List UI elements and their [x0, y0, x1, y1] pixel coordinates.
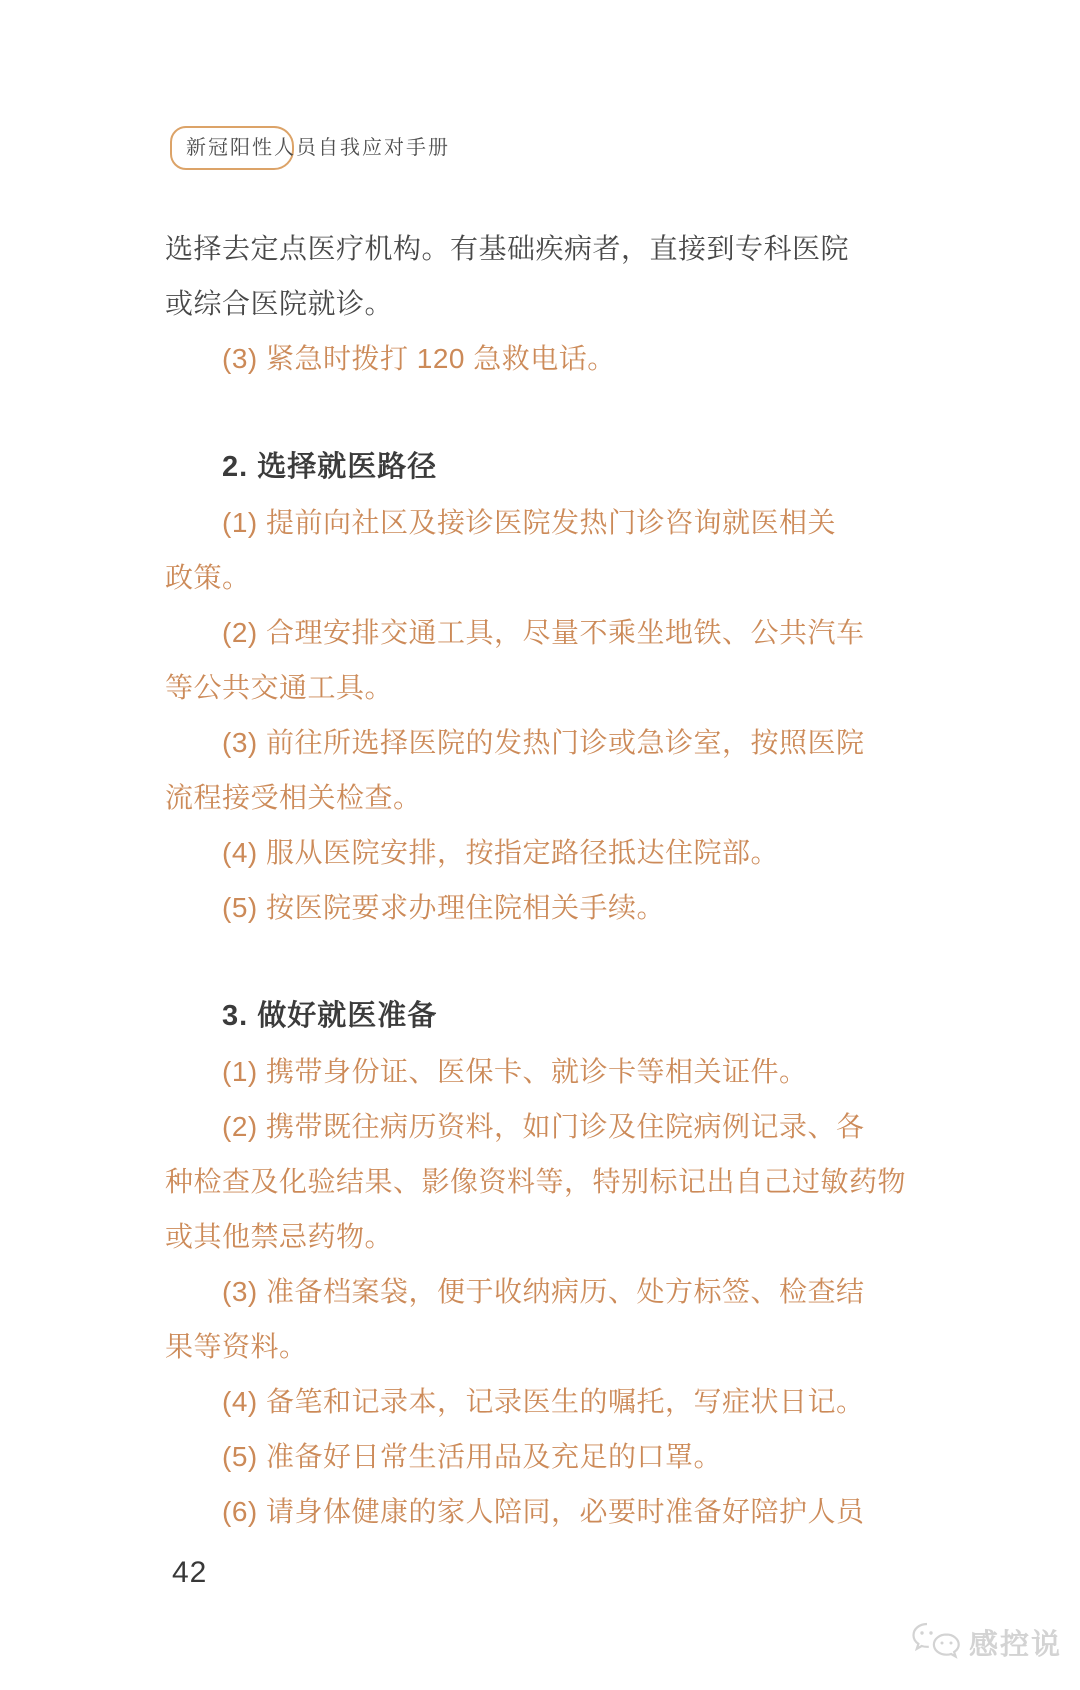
handbook-title: 新冠阳性人员自我应对手册	[170, 124, 450, 170]
text-line: 种检查及化验结果、影像资料等，特别标记出自己过敏药物	[165, 1154, 865, 1209]
text-line: 或综合医院就诊。	[165, 276, 865, 331]
list-item: (5) 按医院要求办理住院相关手续。	[165, 880, 865, 935]
list-item: (2) 合理安排交通工具，尽量不乘坐地铁、公共汽车	[165, 605, 865, 660]
watermark-label: 感控说	[969, 1622, 1062, 1663]
text-line: 果等资料。	[165, 1319, 865, 1374]
text-line: 选择去定点医疗机构。有基础疾病者，直接到专科医院	[165, 221, 865, 276]
list-item: (6) 请身体健康的家人陪同，必要时准备好陪护人员	[165, 1484, 865, 1539]
list-item: (3) 紧急时拨打 120 急救电话。	[165, 331, 865, 386]
list-item: (1) 携带身份证、医保卡、就诊卡等相关证件。	[165, 1044, 865, 1099]
list-item: (4) 备笔和记录本，记录医生的嘱托，写症状日记。	[165, 1374, 865, 1429]
list-item: (3) 前往所选择医院的发热门诊或急诊室，按照医院	[165, 715, 865, 770]
list-item: (3) 准备档案袋，便于收纳病历、处方标签、检查结	[165, 1264, 865, 1319]
list-item: (2) 携带既往病历资料，如门诊及住院病例记录、各	[165, 1099, 865, 1154]
section-heading: 3. 做好就医准备	[165, 989, 865, 1044]
wechat-chat-bubbles-icon	[911, 1620, 963, 1664]
text-line: 政策。	[165, 550, 865, 605]
text-line: 流程接受相关检查。	[165, 770, 865, 825]
handbook-page: 新冠阳性人员自我应对手册 选择去定点医疗机构。有基础疾病者，直接到专科医院 或综…	[0, 0, 1080, 1690]
list-item: (1) 提前向社区及接诊医院发热门诊咨询就医相关	[165, 495, 865, 550]
list-item: (5) 准备好日常生活用品及充足的口罩。	[165, 1429, 865, 1484]
list-item: (4) 服从医院安排，按指定路径抵达住院部。	[165, 825, 865, 880]
watermark: 感控说	[911, 1620, 1062, 1664]
text-line: 或其他禁忌药物。	[165, 1209, 865, 1264]
page-number: 42	[172, 1556, 207, 1590]
page-header: 新冠阳性人员自我应对手册	[170, 124, 450, 170]
section-heading: 2. 选择就医路径	[165, 440, 865, 495]
page-content: 选择去定点医疗机构。有基础疾病者，直接到专科医院 或综合医院就诊。 (3) 紧急…	[165, 221, 865, 1539]
text-line: 等公共交通工具。	[165, 660, 865, 715]
